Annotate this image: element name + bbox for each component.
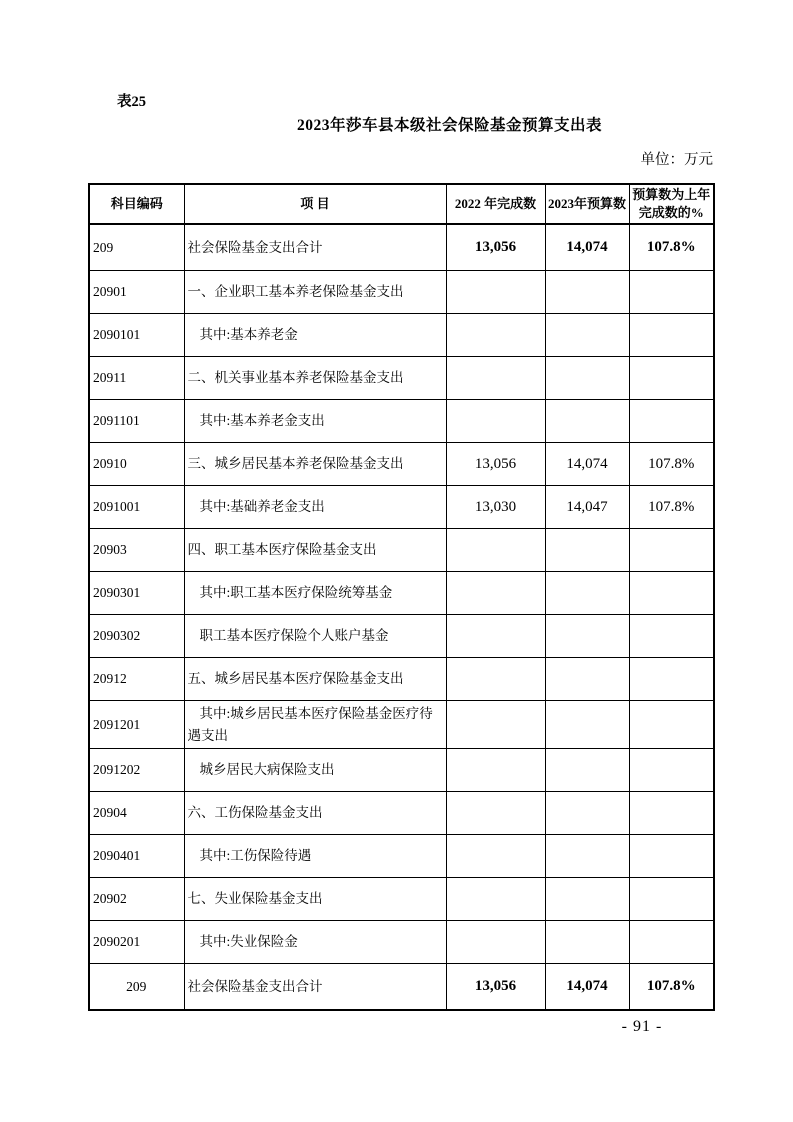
row-budget-pct-value <box>629 314 714 357</box>
row-2023-budget-value: 14,047 <box>545 486 629 529</box>
row-2023-budget-value <box>545 615 629 658</box>
row-budget-pct-value <box>629 529 714 572</box>
row-subject-code: 209 <box>89 224 184 271</box>
row-2022-completed-value <box>446 878 545 921</box>
row-2022-completed-value <box>446 749 545 792</box>
row-2022-completed-value <box>446 792 545 835</box>
row-subject-code: 2090302 <box>89 615 184 658</box>
row-2022-completed-value: 13,056 <box>446 443 545 486</box>
table-row: 2091101 其中:基本养老金支出 <box>89 400 714 443</box>
row-item-name: 二、机关事业基本养老保险基金支出 <box>184 357 446 400</box>
header-item: 项 目 <box>184 184 446 224</box>
row-budget-pct-value: 107.8% <box>629 443 714 486</box>
row-2022-completed-value <box>446 357 545 400</box>
table-row: 2090101 其中:基本养老金 <box>89 314 714 357</box>
row-2023-budget-value <box>545 572 629 615</box>
row-2022-completed-value <box>446 921 545 964</box>
row-subject-code: 2091101 <box>89 400 184 443</box>
table-row: 20902 七、失业保险基金支出 <box>89 878 714 921</box>
row-2022-completed-value <box>446 835 545 878</box>
header-2023-budget: 2023年预算数 <box>545 184 629 224</box>
row-2022-completed-value <box>446 400 545 443</box>
row-2023-budget-value <box>545 835 629 878</box>
row-item-name: 职工基本医疗保险个人账户基金 <box>184 615 446 658</box>
table-body: 209 社会保险基金支出合计 13,056 14,074 107.8% 2090… <box>89 224 714 1010</box>
table-row: 20912 五、城乡居民基本医疗保险基金支出 <box>89 658 714 701</box>
table-row: 2091202 城乡居民大病保险支出 <box>89 749 714 792</box>
row-subject-code: 209 <box>89 964 184 1011</box>
row-2023-budget-value <box>545 400 629 443</box>
row-subject-code: 20912 <box>89 658 184 701</box>
row-2022-completed-value <box>446 572 545 615</box>
row-2022-completed-value: 13,056 <box>446 964 545 1011</box>
page-title: 2023年莎车县本级社会保险基金预算支出表 <box>0 113 793 135</box>
row-budget-pct-value <box>629 878 714 921</box>
table-number-label: 表25 <box>117 90 146 111</box>
table-row: 2090302 职工基本医疗保险个人账户基金 <box>89 615 714 658</box>
row-item-name: 城乡居民大病保险支出 <box>184 749 446 792</box>
row-subject-code: 20903 <box>89 529 184 572</box>
row-item-name: 其中:职工基本医疗保险统筹基金 <box>184 572 446 615</box>
row-2023-budget-value <box>545 529 629 572</box>
table-row: 2091001 其中:基础养老金支出 13,030 14,047 107.8% <box>89 486 714 529</box>
row-budget-pct-value <box>629 749 714 792</box>
row-2023-budget-value <box>545 921 629 964</box>
row-2022-completed-value <box>446 658 545 701</box>
row-item-name: 其中:基本养老金 <box>184 314 446 357</box>
table-row: 209 社会保险基金支出合计 13,056 14,074 107.8% <box>89 224 714 271</box>
row-subject-code: 20911 <box>89 357 184 400</box>
row-budget-pct-value <box>629 615 714 658</box>
row-item-name: 社会保险基金支出合计 <box>184 964 446 1011</box>
table-row: 2090201 其中:失业保险金 <box>89 921 714 964</box>
table-row: 20901 一、企业职工基本养老保险基金支出 <box>89 271 714 314</box>
row-2022-completed-value <box>446 314 545 357</box>
row-item-name: 四、职工基本医疗保险基金支出 <box>184 529 446 572</box>
row-subject-code: 2091201 <box>89 701 184 749</box>
row-item-name: 其中:失业保险金 <box>184 921 446 964</box>
row-subject-code: 2090301 <box>89 572 184 615</box>
row-2023-budget-value <box>545 314 629 357</box>
row-2023-budget-value: 14,074 <box>545 443 629 486</box>
row-2022-completed-value: 13,030 <box>446 486 545 529</box>
row-budget-pct-value <box>629 701 714 749</box>
row-2023-budget-value <box>545 878 629 921</box>
row-budget-pct-value <box>629 271 714 314</box>
row-budget-pct-value <box>629 572 714 615</box>
row-2022-completed-value: 13,056 <box>446 224 545 271</box>
budget-expenditure-table: 科目编码 项 目 2022 年完成数 2023年预算数 预算数为上年完成数的% … <box>88 183 715 1011</box>
row-subject-code: 2091001 <box>89 486 184 529</box>
row-item-name: 一、企业职工基本养老保险基金支出 <box>184 271 446 314</box>
table-header: 科目编码 项 目 2022 年完成数 2023年预算数 预算数为上年完成数的% <box>89 184 714 224</box>
page-number: - 91 - <box>599 1018 685 1036</box>
table-row: 20904 六、工伤保险基金支出 <box>89 792 714 835</box>
table-row: 20903 四、职工基本医疗保险基金支出 <box>89 529 714 572</box>
row-2022-completed-value <box>446 529 545 572</box>
table-row: 2090301 其中:职工基本医疗保险统筹基金 <box>89 572 714 615</box>
row-subject-code: 2090201 <box>89 921 184 964</box>
row-2023-budget-value: 14,074 <box>545 964 629 1011</box>
row-budget-pct-value <box>629 400 714 443</box>
row-item-name: 三、城乡居民基本养老保险基金支出 <box>184 443 446 486</box>
table-row: 20911 二、机关事业基本养老保险基金支出 <box>89 357 714 400</box>
row-2023-budget-value <box>545 658 629 701</box>
table-row: 20910 三、城乡居民基本养老保险基金支出 13,056 14,074 107… <box>89 443 714 486</box>
row-2023-budget-value <box>545 749 629 792</box>
row-2023-budget-value: 14,074 <box>545 224 629 271</box>
table-row: 2090401 其中:工伤保险待遇 <box>89 835 714 878</box>
row-subject-code: 20904 <box>89 792 184 835</box>
row-budget-pct-value <box>629 921 714 964</box>
row-budget-pct-value: 107.8% <box>629 224 714 271</box>
row-item-name: 五、城乡居民基本医疗保险基金支出 <box>184 658 446 701</box>
header-2022-completed: 2022 年完成数 <box>446 184 545 224</box>
table-row: 2091201 其中:城乡居民基本医疗保险基金医疗待遇支出 <box>89 701 714 749</box>
row-2022-completed-value <box>446 271 545 314</box>
row-item-name: 其中:基本养老金支出 <box>184 400 446 443</box>
row-budget-pct-value <box>629 835 714 878</box>
row-subject-code: 20910 <box>89 443 184 486</box>
header-subject-code: 科目编码 <box>89 184 184 224</box>
row-budget-pct-value: 107.8% <box>629 486 714 529</box>
row-budget-pct-value: 107.8% <box>629 964 714 1011</box>
row-2023-budget-value <box>545 271 629 314</box>
row-subject-code: 2091202 <box>89 749 184 792</box>
row-2023-budget-value <box>545 357 629 400</box>
row-subject-code: 2090401 <box>89 835 184 878</box>
row-item-name: 其中:工伤保险待遇 <box>184 835 446 878</box>
row-2022-completed-value <box>446 615 545 658</box>
row-item-name: 七、失业保险基金支出 <box>184 878 446 921</box>
row-item-name: 六、工伤保险基金支出 <box>184 792 446 835</box>
row-budget-pct-value <box>629 792 714 835</box>
row-subject-code: 2090101 <box>89 314 184 357</box>
header-row: 科目编码 项 目 2022 年完成数 2023年预算数 预算数为上年完成数的% <box>89 184 714 224</box>
row-2023-budget-value <box>545 792 629 835</box>
row-item-name: 其中:城乡居民基本医疗保险基金医疗待遇支出 <box>184 701 446 749</box>
row-budget-pct-value <box>629 357 714 400</box>
row-subject-code: 20902 <box>89 878 184 921</box>
row-2022-completed-value <box>446 701 545 749</box>
row-subject-code: 20901 <box>89 271 184 314</box>
row-budget-pct-value <box>629 658 714 701</box>
row-item-name: 其中:基础养老金支出 <box>184 486 446 529</box>
row-2023-budget-value <box>545 701 629 749</box>
unit-note: 单位：万元 <box>0 148 713 169</box>
table-row: 209 社会保险基金支出合计 13,056 14,074 107.8% <box>89 964 714 1011</box>
header-budget-pct-of-prior: 预算数为上年完成数的% <box>629 184 714 224</box>
row-item-name: 社会保险基金支出合计 <box>184 224 446 271</box>
